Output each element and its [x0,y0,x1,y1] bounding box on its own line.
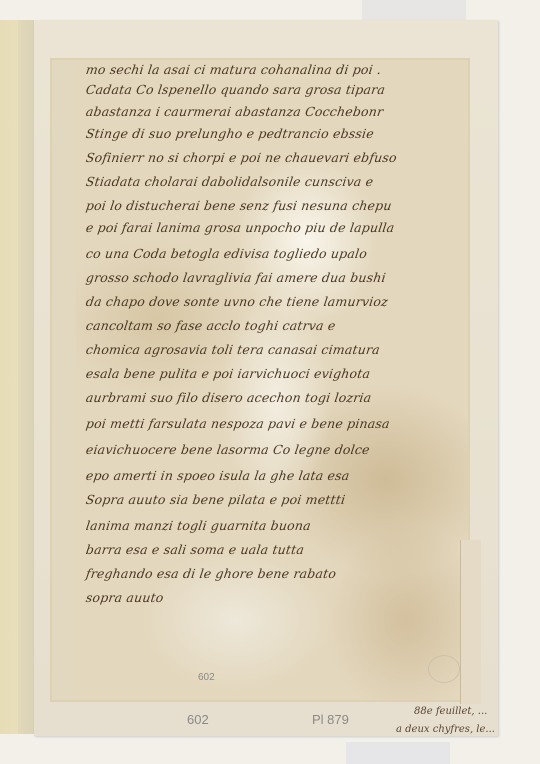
text-line: poi lo distucherai bene senz fusi nesuna… [85,198,393,213]
text-line: grosso schodo lavraglivia fai amere dua … [85,270,387,285]
text-line: e poi farai lanima grosa unpocho piu de … [85,220,396,235]
text-line: esala bene pulita e poi iarvichuoci evig… [85,366,371,381]
text-line: abastanza i caurmerai abastanza Cocchebo… [85,104,384,119]
text-line: epo amerti in spoeo isula la ghe lata es… [85,468,351,483]
mount-inventory-number: 602 [187,712,209,727]
text-line: sopra auuto [85,590,165,605]
leaf-inventory-number: 602 [198,672,215,683]
text-line: Sopra auuto sia bene pilata e poi mettti [85,492,346,507]
repair-patch [460,540,481,704]
blind-stamp-icon [428,655,460,683]
text-line: Stiadata cholarai dabolidalsonile cunsci… [85,174,374,189]
hinge-tape-top [362,0,466,20]
text-line: aurbrami suo filo disero acechon togi lo… [85,390,373,405]
ink-annotation-line1: 88e feuillet, ... [414,706,487,717]
text-line: chomica agrosavia toli tera canasai cima… [85,342,381,357]
text-line: mo sechi la asai ci matura cohanalina di… [85,62,382,77]
ink-annotation-line2: a deux chyfres, le... [396,724,495,735]
plate-number: Pl 879 [312,712,349,727]
text-line: barra esa e sali soma e uala tutta [85,542,305,557]
backing-strip [18,20,34,734]
text-line: Cadata Co lspenello quando sara grosa ti… [85,82,386,97]
text-line: lanima manzi togli guarnita buona [85,518,312,533]
text-line: Stinge di suo prelungho e pedtrancio ebs… [85,126,375,141]
text-line: eiavichuocere bene lasorma Co legne dolc… [85,442,371,457]
text-line: poi metti farsulata nespoza pavi e bene … [85,416,391,431]
hinge-tape-bottom [346,742,450,764]
leaf-guard-strip [52,60,79,700]
text-line: cancoltam so fase acclo toghi catrva e [85,318,337,333]
text-line: Sofinierr no si chorpi e poi ne chauevar… [85,150,398,165]
text-line: co una Coda betogla edivisa togliedo upa… [85,246,368,261]
text-line: freghando esa di le ghore bene rabato [85,566,337,581]
text-line: da chapo dove sonte uvno che tiene lamur… [85,294,389,309]
